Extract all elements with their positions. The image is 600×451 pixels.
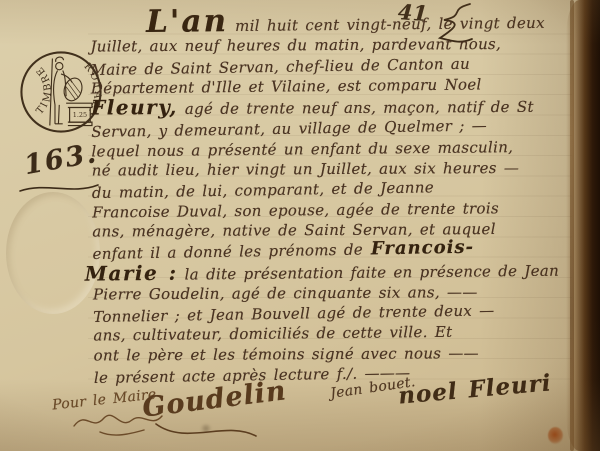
book-binding <box>566 0 600 451</box>
paper-blemish <box>200 424 212 433</box>
act-line-text: Juillet, aux neuf heures du matin, parde… <box>90 35 501 56</box>
act-line-text: Maire de Saint Servan, chef-lieu de Cant… <box>91 54 471 78</box>
act-line-text: mil huit cent vingt-neuf, le vingt deux <box>235 14 545 35</box>
act-line-text: Pierre Goudelin, agé de cinquante six an… <box>93 283 478 303</box>
act-line-lead: Fleury, <box>91 95 178 120</box>
embossed-dry-seal <box>6 192 100 314</box>
act-line-lead: L'an <box>146 3 228 40</box>
act-line-tail: Francois- <box>371 237 474 260</box>
register-page: 41 TIMBRE ROYAL. 1.25 <box>0 0 600 451</box>
act-line-text: lequel nous a présenté un enfant du sexe… <box>91 138 513 160</box>
official-signature-flourish <box>150 418 262 448</box>
act-body: L'anmil huit cent vingt-neuf, le vingt d… <box>90 7 576 386</box>
registry-number: 163. <box>22 138 100 181</box>
act-line-text: la dite présentation faite en présence d… <box>185 261 560 283</box>
ink-stain-red <box>548 427 563 444</box>
stamp-denomination: 1.25 <box>73 111 87 119</box>
act-line-text: ans, cultivateur, domiciliés de cette vi… <box>93 323 452 345</box>
registry-number-underline <box>18 180 102 196</box>
act-line-text: enfant il a donné les prénoms de <box>92 241 363 263</box>
act-line-text: ont le père et les témoins signé avec no… <box>94 344 479 364</box>
